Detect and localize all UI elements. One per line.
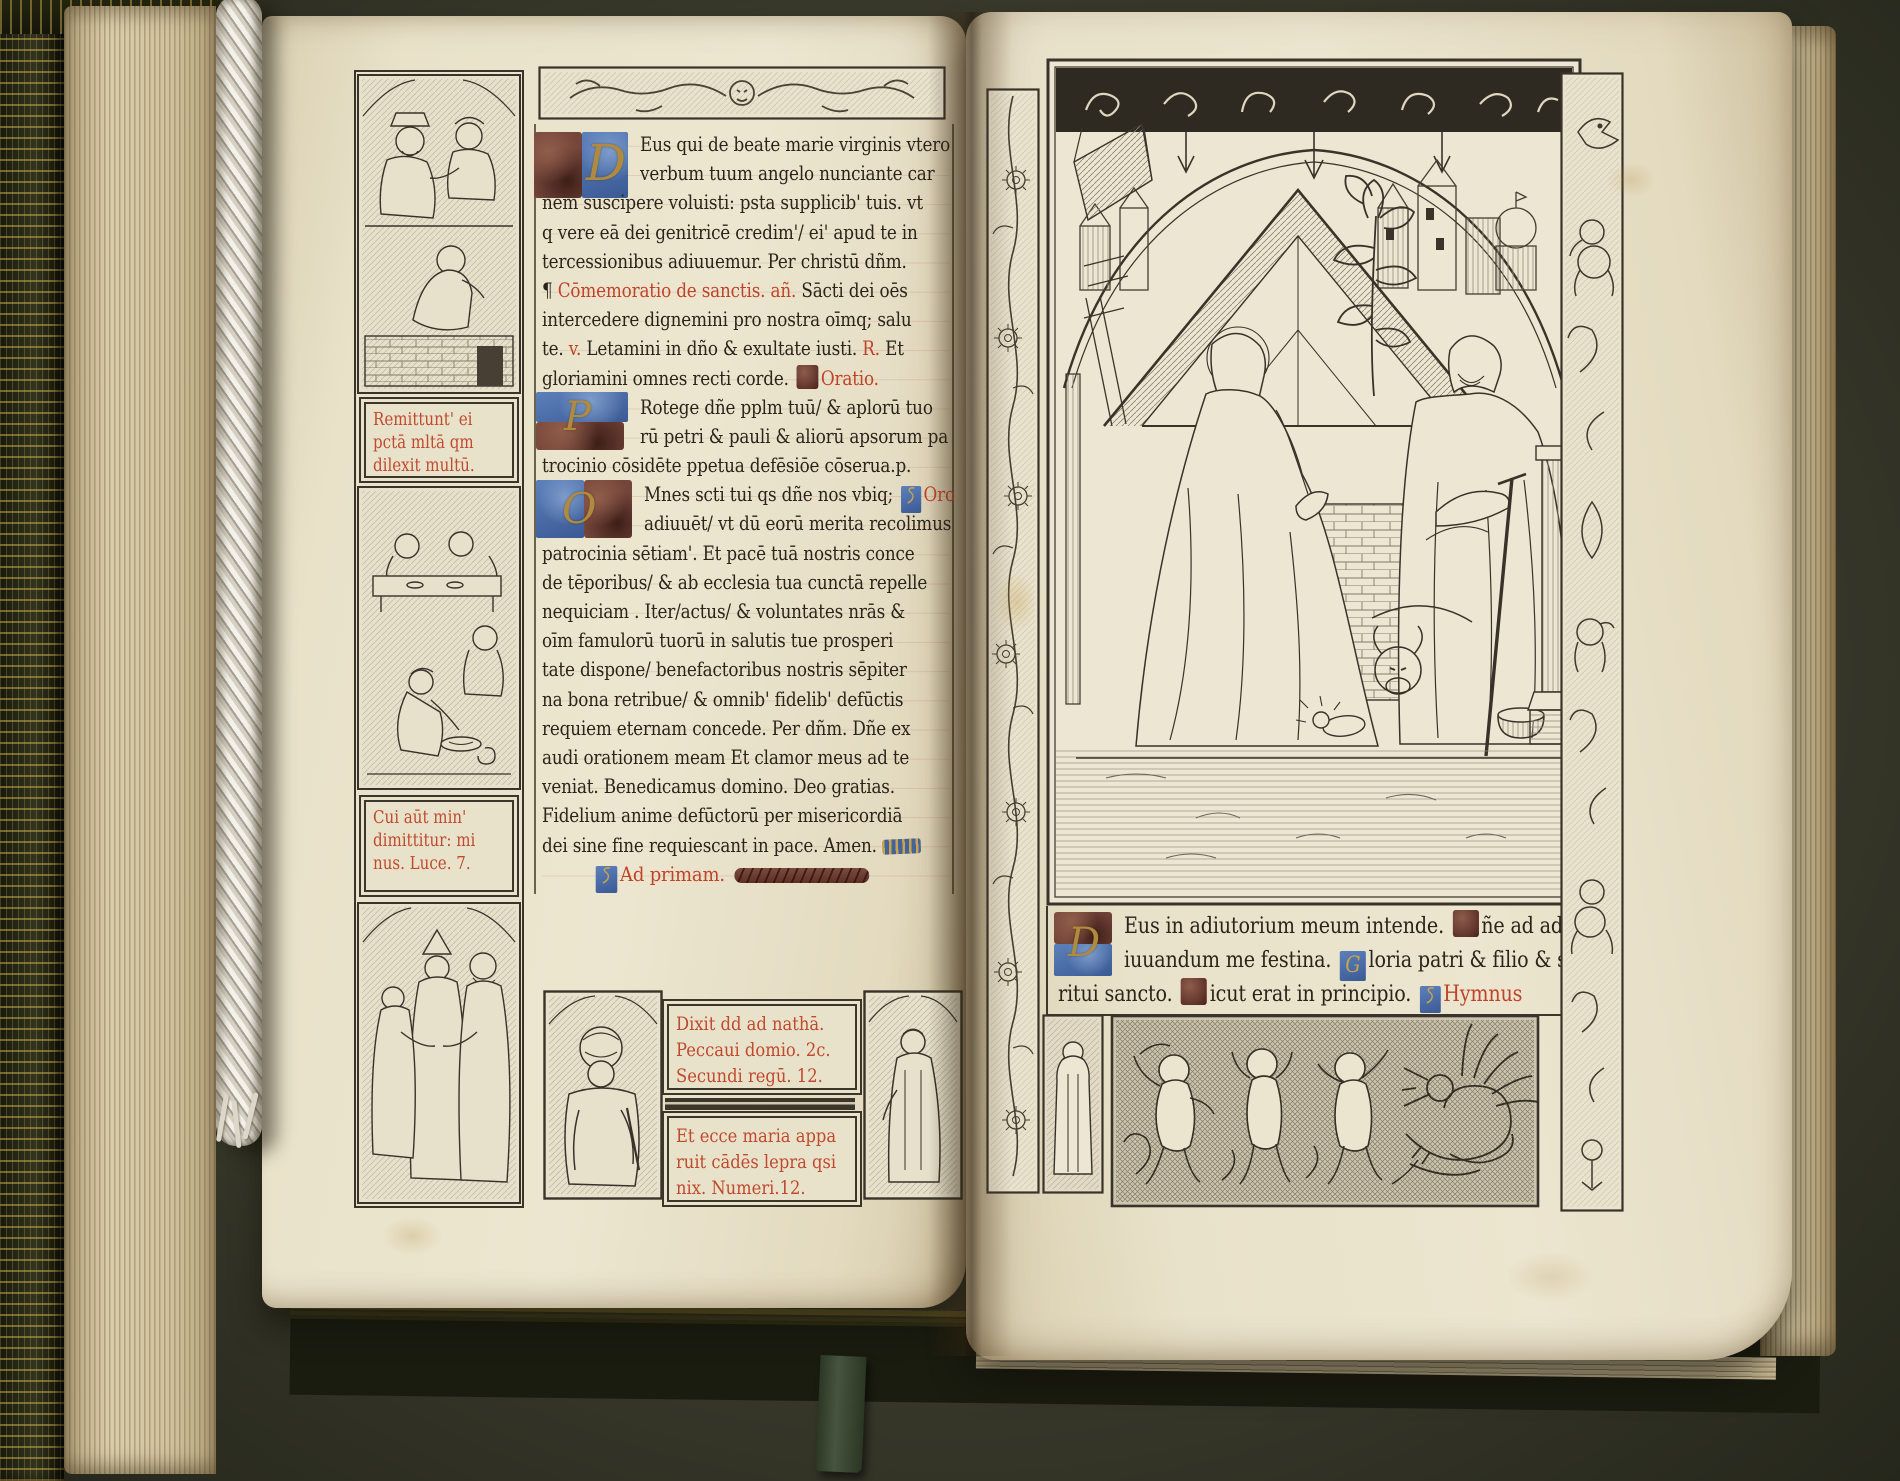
text-line: q vere eā dei genitricē credim'/ ei' apu… <box>542 218 950 247</box>
text-line: audi orationem meam Et clamor meus ad te <box>542 743 950 772</box>
text-line: adiuuēt/ vt dū eorū merita recolimus <box>542 509 950 538</box>
text-line: requiem eternam concede. Per dñm. Dñe ex <box>542 714 950 743</box>
text-line: ¶ Cōmemoratio de sanctis. añ. Sācti dei … <box>542 276 950 305</box>
nativity-woodcut <box>1046 58 1582 906</box>
caption-line: nix. Numeri.12. <box>676 1175 824 1201</box>
text-line: tate dispone/ benefactoribus nostris sēp… <box>542 655 950 684</box>
caption-line: pctā mltā qm <box>373 432 487 455</box>
rubric-text: Cōmemoratio de sanctis. añ. <box>558 278 802 302</box>
gold-letter: D <box>1068 920 1100 966</box>
woodcut-standing-figure-panel <box>863 990 963 1200</box>
bottom-caption-stack: Dixit dd ad nathā. Peccaui domio. 2c. Se… <box>667 990 859 1202</box>
caption-divider-bar <box>665 1098 855 1110</box>
latin-text: loria patri & filio & spi <box>1369 948 1585 973</box>
photo-open-book-of-hours: Remittunt' ei pctā mltā qm dilexit multū… <box>0 0 1900 1481</box>
paper-stain <box>1506 1252 1596 1302</box>
woodcut-putti-dragon-frieze <box>1110 1014 1540 1208</box>
latin-text: intercedere dignemini pro nostra oīmq; s… <box>542 307 911 331</box>
left-page: Remittunt' ei pctā mltā qm dilexit multū… <box>262 16 966 1308</box>
right-page: D Eus in adiutorium meum intende. ñe ad … <box>966 12 1792 1360</box>
text-line: Eus in adiutorium meum intende. ñe ad ad <box>1058 910 1572 944</box>
woodcut-monk-panel <box>1042 1014 1104 1194</box>
text-line: tercessionibus adiuuemur. Per christū dñ… <box>542 247 950 276</box>
left-page-stack-edge <box>64 6 216 1474</box>
latin-text: Fidelium anime defūctorū per misericordi… <box>542 803 902 827</box>
text-line: Mnes scti tui qs dñe nos vbiq; Oro <box>542 480 950 509</box>
text-line: gloriamini omnes recti corde. Oratio. <box>542 364 950 393</box>
rubric-text: Hymnus <box>1443 982 1522 1007</box>
left-border-woodcut-strip: Remittunt' ei pctā mltā qm dilexit multū… <box>354 70 524 1208</box>
text-line: nem suscipere voluisti: psta supplicib' … <box>542 188 950 217</box>
latin-text: Eus in adiutorium meum intende. <box>1124 914 1450 939</box>
versicle-mark: v. <box>569 336 587 360</box>
maroon-line-filler-icon <box>734 868 869 883</box>
green-ribbon-marker <box>815 1355 866 1473</box>
text-line-ad-primam: Ad primam. <box>542 860 950 889</box>
woodcut-scene-supper-feet-washing <box>357 486 521 790</box>
latin-text: audi orationem meam Et clamor meus ad te <box>542 745 909 769</box>
margin-caption-luke7a: Remittunt' ei pctā mltā qm dilexit multū… <box>364 402 514 478</box>
latin-text: ñe ad ad <box>1481 914 1563 939</box>
left-text-column: D P O Eus qui de beate marie virginis vt… <box>542 124 950 892</box>
latin-text: Eus qui de beate marie virginis vtero <box>640 132 950 156</box>
initial-G-block-icon: G <box>1340 951 1366 981</box>
latin-text: Sācti dei oēs <box>801 278 907 302</box>
latin-text: tercessionibus adiuuemur. Per christū dñ… <box>542 249 907 273</box>
latin-text: nem suscipere voluisti: psta supplicib' … <box>542 190 923 214</box>
text-line: de tēporibus/ & ab ecclesia tua cunctā r… <box>542 568 950 597</box>
latin-text: trocinio cōsidēte ppetua defēsiōe cōseru… <box>542 453 911 477</box>
woodcut-scene-pharisee-and-penitent <box>357 74 521 394</box>
latin-text: patrocinia sētiam'. Et pacē tuā nostris … <box>542 541 914 565</box>
text-line: na bona retribue/ & omnib' fidelib' defū… <box>542 685 950 714</box>
caption-line: Peccaui domio. 2c. <box>676 1037 824 1063</box>
rubric-text: Oro <box>924 482 955 506</box>
latin-text: verbum tuum angelo nunciante car <box>640 161 935 185</box>
blue-line-filler-icon <box>882 838 921 855</box>
text-line: rū petri & pauli & aliorū apsorum pa <box>542 422 950 451</box>
fabric-cord-bookmark <box>216 0 262 1146</box>
initial-D-painted-icon: D <box>1054 912 1112 976</box>
pilcrow-block-icon <box>595 866 617 893</box>
text-line: Fidelium anime defūctorū per misericordi… <box>542 801 950 830</box>
caption-line: nus. Luce. 7. <box>373 853 487 876</box>
floral-border-strip <box>986 88 1040 1194</box>
caption-line: Et ecce maria appa <box>676 1123 824 1149</box>
latin-text: tate dispone/ benefactoribus nostris sēp… <box>542 657 907 681</box>
latin-text: ¶ <box>542 278 558 302</box>
caption-line: dilexit multū. <box>373 455 487 478</box>
text-line: Eus qui de beate marie virginis vtero <box>542 130 950 159</box>
caption-line: Remittunt' ei <box>373 409 487 432</box>
latin-text: requiem eternam concede. Per dñm. Dñe ex <box>542 716 910 740</box>
cord-fray <box>242 1092 258 1140</box>
latin-text: icut erat in principio. <box>1210 982 1417 1007</box>
latin-text: nequiciam . Iter/actus/ & voluntates nrā… <box>542 599 905 623</box>
maroon-initial-block-icon <box>1453 910 1479 937</box>
rubric-text: Ad primam. <box>620 862 725 886</box>
latin-text: Mnes scti tui qs dñe nos vbiq; <box>644 482 898 506</box>
latin-text: adiuuēt/ vt dū eorū merita recolimus <box>644 511 951 535</box>
woodcut-scene-three-figures <box>357 902 521 1204</box>
caption-numbers12: Et ecce maria appa ruit cādēs lepra qsi … <box>667 1116 857 1202</box>
caption-2samuel12: Dixit dd ad nathā. Peccaui domio. 2c. Se… <box>667 1004 857 1090</box>
latin-text: dei sine fine requiescant in pace. Amen. <box>542 833 877 857</box>
text-line: oīm famulorū tuorū in salutis tue prospe… <box>542 626 950 655</box>
caption-line: Dixit dd ad nathā. <box>676 1011 824 1037</box>
gilt-cover-left-edge <box>0 0 64 1481</box>
response-mark: R. <box>862 336 885 360</box>
paper-stain <box>382 1216 442 1256</box>
text-line: Rotege dñe pplm tuū/ & aplorū tuo <box>542 393 950 422</box>
latin-text: q vere eā dei genitricē credim'/ ei' apu… <box>542 220 918 244</box>
text-line: dei sine fine requiescant in pace. Amen. <box>542 831 950 860</box>
text-line: iuuandum me festina. Gloria patri & fili… <box>1058 944 1572 978</box>
headpiece-scroll-ornament <box>538 66 946 120</box>
right-text-block: D Eus in adiutorium meum intende. ñe ad … <box>1046 906 1582 1016</box>
text-line: intercedere dignemini pro nostra oīmq; s… <box>542 305 950 334</box>
latin-text: iuuandum me festina. <box>1124 948 1337 973</box>
latin-text: te. <box>542 336 569 360</box>
latin-text: rū petri & pauli & aliorū apsorum pa <box>640 424 948 448</box>
latin-text: na bona retribue/ & omnib' fidelib' defū… <box>542 687 903 711</box>
latin-text: ritui sancto. <box>1058 982 1178 1007</box>
cord-fray <box>232 1100 242 1148</box>
latin-text: Rotege dñe pplm tuū/ & aplorū tuo <box>640 395 933 419</box>
text-line: trocinio cōsidēte ppetua defēsiōe cōseru… <box>542 451 950 480</box>
text-line: ritui sancto. icut erat in principio. Hy… <box>1058 978 1572 1012</box>
caption-line: ruit cādēs lepra qsi <box>676 1149 824 1175</box>
latin-text: Et <box>885 336 904 360</box>
maroon-mark-icon <box>797 365 819 389</box>
text-line: nequiciam . Iter/actus/ & voluntates nrā… <box>542 597 950 626</box>
caption-line: Secundi regū. 12. <box>676 1063 824 1089</box>
grotesque-border-strip <box>1560 72 1624 1212</box>
text-line: te. v. Letamini in dño & exultate iusti.… <box>542 334 950 363</box>
woodcut-david-panel <box>543 990 663 1200</box>
latin-text: de tēporibus/ & ab ecclesia tua cunctā r… <box>542 570 927 594</box>
text-line: patrocinia sētiam'. Et pacē tuā nostris … <box>542 539 950 568</box>
maroon-initial-block-icon <box>1181 978 1207 1005</box>
latin-text: veniat. Benedicamus domino. Deo gratias. <box>542 774 895 798</box>
text-line: veniat. Benedicamus domino. Deo gratias. <box>542 772 950 801</box>
text-line: verbum tuum angelo nunciante car <box>542 159 950 188</box>
pilcrow-block-icon <box>1420 986 1441 1013</box>
caption-line: Cui aūt min' <box>373 807 487 830</box>
latin-text: gloriamini omnes recti corde. <box>542 366 794 390</box>
latin-text: oīm famulorū tuorū in salutis tue prospe… <box>542 628 893 652</box>
margin-caption-luke7b: Cui aūt min' dimittitur: mi nus. Luce. 7… <box>364 800 514 892</box>
caption-line: dimittitur: mi <box>373 830 487 853</box>
rubric-text: Oratio. <box>821 366 879 390</box>
cord-fray <box>216 1094 229 1142</box>
latin-text: Letamini in dño & exultate iusti. <box>586 336 862 360</box>
